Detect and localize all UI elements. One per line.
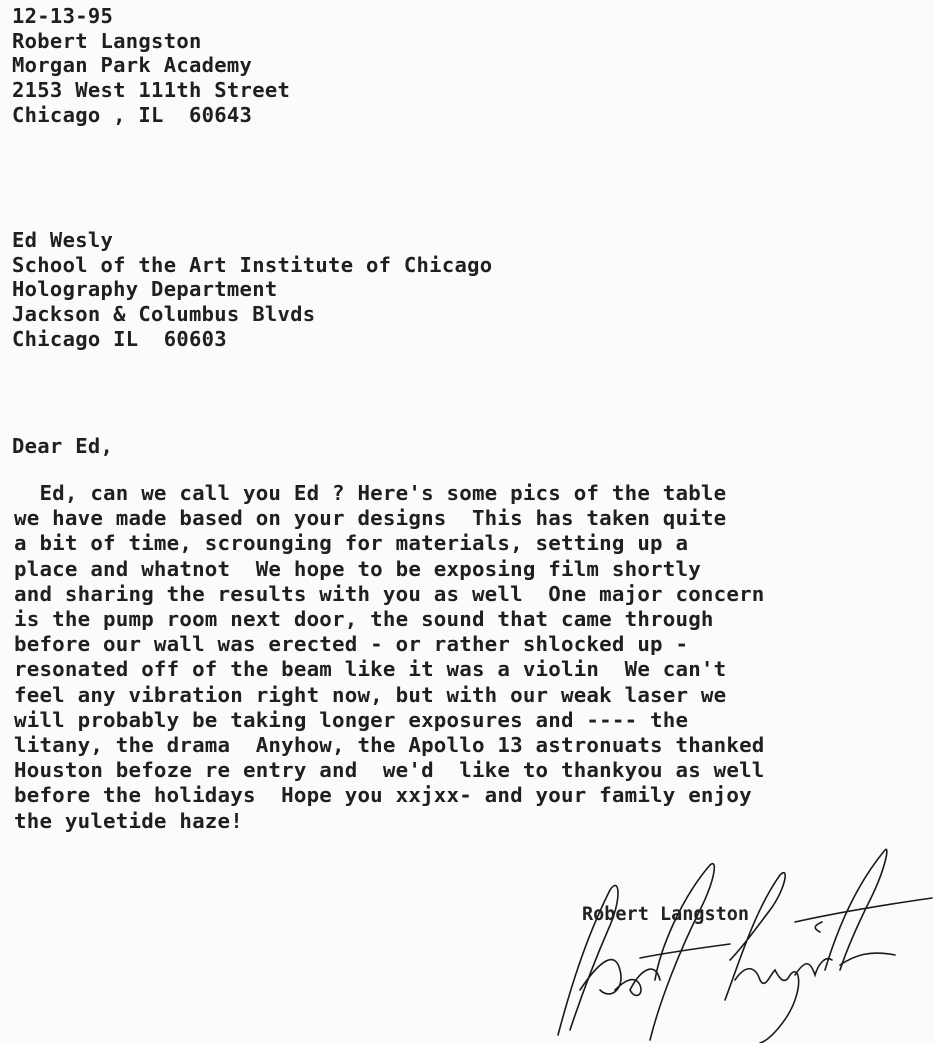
typed-signature-name: Robert Langston [582,904,749,925]
body-line: feel any vibration right now, but with o… [14,683,765,708]
sender-street: 2153 West 111th Street [12,78,290,103]
letter-page: 12-13-95 Robert Langston Morgan Park Aca… [0,0,934,1043]
body-line: litany, the drama Anyhow, the Apollo 13 … [14,733,765,758]
body-line: the yuletide haze! [14,809,765,834]
body-line: before the holidays Hope you xxjxx- and … [14,783,765,808]
letter-date: 12-13-95 [12,4,290,29]
sender-city-line: Chicago , IL 60643 [12,103,290,128]
salutation: Dear Ed, [12,434,113,459]
recipient-city-line: Chicago IL 60603 [12,327,492,352]
body-line: Ed, can we call you Ed ? Here's some pic… [14,481,765,506]
handwritten-signature-icon [540,840,934,1043]
body-line: we have made based on your designs This … [14,506,765,531]
recipient-address-block: Ed Wesly School of the Art Institute of … [12,228,492,352]
recipient-department: Holography Department [12,277,492,302]
body-line: Houston befoze re entry and we'd like to… [14,758,765,783]
recipient-name: Ed Wesly [12,228,492,253]
body-line: is the pump room next door, the sound th… [14,607,765,632]
body-line: before our wall was erected - or rather … [14,632,765,657]
body-line: and sharing the results with you as well… [14,582,765,607]
letter-body: Ed, can we call you Ed ? Here's some pic… [14,481,765,834]
sender-name: Robert Langston [12,29,290,54]
body-line: place and whatnot We hope to be exposing… [14,557,765,582]
sender-address-block: 12-13-95 Robert Langston Morgan Park Aca… [12,4,290,128]
body-line: resonated off of the beam like it was a … [14,657,765,682]
body-line: a bit of time, scrounging for materials,… [14,531,765,556]
salutation-block: Dear Ed, [12,434,113,459]
body-line: will probably be taking longer exposures… [14,708,765,733]
recipient-organization: School of the Art Institute of Chicago [12,253,492,278]
sender-organization: Morgan Park Academy [12,53,290,78]
recipient-street: Jackson & Columbus Blvds [12,302,492,327]
